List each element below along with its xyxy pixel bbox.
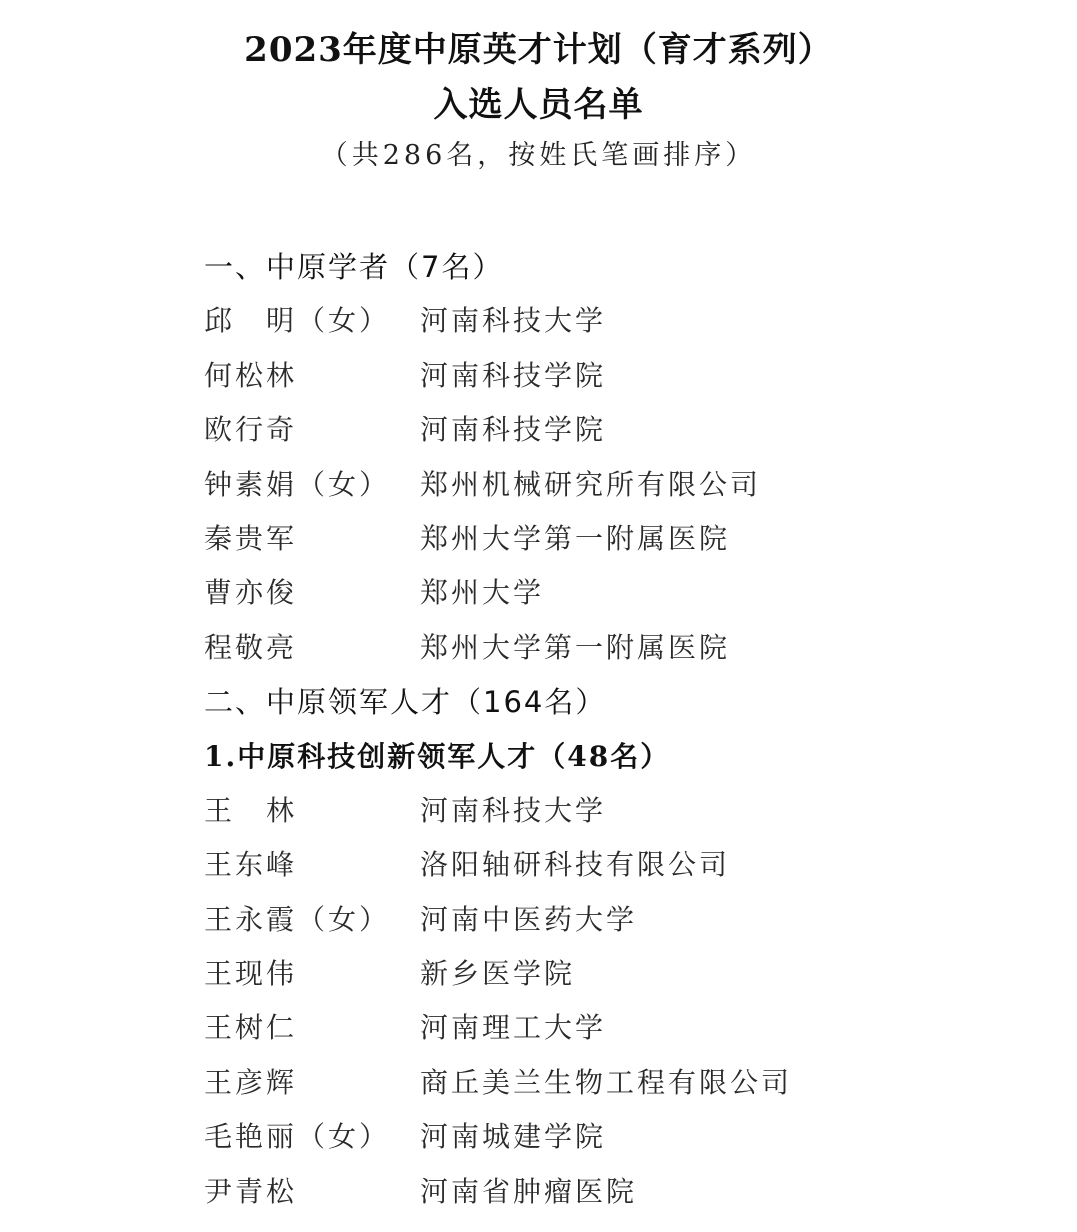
list-item: 欧行奇 河南科技学院 — [204, 403, 1004, 457]
person-organization: 新乡医学院 — [420, 947, 575, 1001]
person-name: 王永霞（女） — [204, 893, 420, 947]
person-name: 毛艳丽（女） — [204, 1110, 420, 1164]
person-name: 秦贵军 — [204, 512, 420, 566]
section-heading-zhongyuan-scholars: 一、中原学者（7名） — [204, 240, 1004, 294]
person-organization: 商丘美兰生物工程有限公司 — [420, 1056, 792, 1110]
person-organization: 河南科技学院 — [420, 403, 606, 457]
document-title-line-2: 入选人员名单 — [0, 77, 1077, 126]
list-item: 秦贵军 郑州大学第一附属医院 — [204, 512, 1004, 566]
person-organization: 河南科技大学 — [420, 784, 606, 838]
list-item: 王永霞（女） 河南中医药大学 — [204, 893, 1004, 947]
person-organization: 河南城建学院 — [420, 1110, 606, 1164]
list-item: 尹青松 河南省肿瘤医院 — [204, 1165, 1004, 1219]
person-name: 王 林 — [204, 784, 420, 838]
person-name: 程敬亮 — [204, 621, 420, 675]
person-organization: 河南中医药大学 — [420, 893, 637, 947]
person-name: 王树仁 — [204, 1001, 420, 1055]
list-item: 钟素娟（女） 郑州机械研究所有限公司 — [204, 458, 1004, 512]
person-organization: 洛阳轴研科技有限公司 — [420, 838, 730, 892]
list-item: 王 林 河南科技大学 — [204, 784, 1004, 838]
name-list: 一、中原学者（7名） 邱 明（女） 河南科技大学 何松林 河南科技学院 欧行奇 … — [204, 240, 1004, 1219]
list-item: 何松林 河南科技学院 — [204, 349, 1004, 403]
person-organization: 郑州大学第一附属医院 — [420, 621, 730, 675]
person-organization: 河南科技大学 — [420, 294, 606, 348]
person-organization: 郑州机械研究所有限公司 — [420, 458, 761, 512]
person-organization: 河南省肿瘤医院 — [420, 1165, 637, 1219]
person-name: 欧行奇 — [204, 403, 420, 457]
list-item: 王现伟 新乡医学院 — [204, 947, 1004, 1001]
person-name: 王彦辉 — [204, 1056, 420, 1110]
person-name: 尹青松 — [204, 1165, 420, 1219]
person-organization: 郑州大学第一附属医院 — [420, 512, 730, 566]
document-subtitle: （共286名，按姓氏笔画排序） — [0, 133, 1077, 172]
list-item: 曹亦俊 郑州大学 — [204, 566, 1004, 620]
person-organization: 河南理工大学 — [420, 1001, 606, 1055]
person-name: 王现伟 — [204, 947, 420, 1001]
document-title-line-1: 2023年度中原英才计划（育才系列） — [0, 22, 1077, 71]
person-name: 曹亦俊 — [204, 566, 420, 620]
person-name: 邱 明（女） — [204, 294, 420, 348]
list-item: 王彦辉 商丘美兰生物工程有限公司 — [204, 1056, 1004, 1110]
list-item: 王东峰 洛阳轴研科技有限公司 — [204, 838, 1004, 892]
person-name: 钟素娟（女） — [204, 458, 420, 512]
list-item: 毛艳丽（女） 河南城建学院 — [204, 1110, 1004, 1164]
person-organization: 河南科技学院 — [420, 349, 606, 403]
section-heading-zhongyuan-leading-talents: 二、中原领军人才（164名） — [204, 675, 1004, 729]
subsection-heading-tech-innovation-leaders: 1.中原科技创新领军人才（48名） — [204, 730, 1004, 784]
list-item: 邱 明（女） 河南科技大学 — [204, 294, 1004, 348]
list-item: 程敬亮 郑州大学第一附属医院 — [204, 621, 1004, 675]
person-name: 王东峰 — [204, 838, 420, 892]
list-item: 王树仁 河南理工大学 — [204, 1001, 1004, 1055]
person-organization: 郑州大学 — [420, 566, 544, 620]
person-name: 何松林 — [204, 349, 420, 403]
